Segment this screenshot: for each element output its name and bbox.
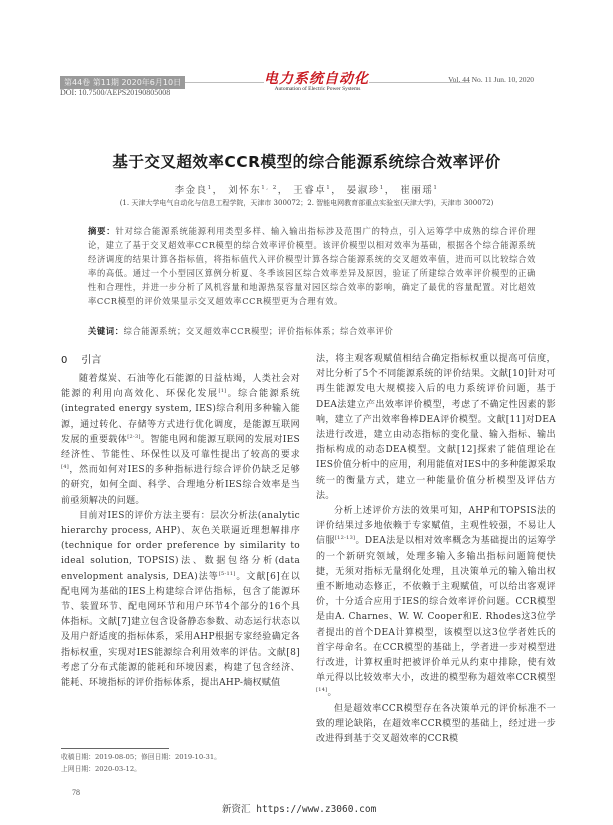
author: 王睿卓	[293, 185, 326, 196]
volume-info: Vol. 44 No. 11 Jun. 10, 2020	[384, 75, 534, 84]
author-affiliation-mark: 1	[208, 185, 213, 191]
paragraph: 随着煤炭、石油等化石能源的日益枯竭，人类社会对能源的利用向高效化、环保化发展[1…	[61, 372, 300, 509]
right-column: 法，将主观客观赋值相结合确定指标权重以提高可信度，对比分析了5个不同能源系统的评…	[316, 352, 556, 747]
doi: DOI: 10.7500/AEPS20190805008	[60, 88, 170, 97]
citation[interactable]: [4]	[61, 464, 69, 470]
author-affiliation-mark: 1	[326, 185, 331, 191]
author: 晏淑珍	[347, 185, 380, 196]
footnote-received: 收稿日期：2019-08-05；修回日期：2019-10-31。	[61, 752, 221, 763]
abstract: 摘要：针对综合能源系统能源利用类型多样、输入输出指标涉及范围广的特点，引入运筹学…	[88, 224, 536, 308]
author-list: 李金良1， 刘怀东1, 2， 王睿卓1， 晏淑珍1， 崔丽瑶1	[0, 182, 613, 196]
page-number: 78	[72, 788, 80, 797]
citation[interactable]: [14]	[316, 687, 327, 693]
author: 崔丽瑶	[400, 185, 433, 196]
keywords: 关键词：综合能源系统；交叉超效率CCR模型；评价指标体系；综合效率评价	[88, 324, 536, 338]
keywords-label: 关键词：	[88, 326, 124, 336]
section-number: 0	[61, 355, 67, 366]
author-affiliation-mark: 1, 2	[261, 185, 278, 191]
abstract-text: 针对综合能源系统能源利用类型多样、输入输出指标涉及范围广的特点，引入运筹学中成熟…	[88, 226, 536, 306]
author: 李金良	[175, 185, 208, 196]
keywords-text: 综合能源系统；交叉超效率CCR模型；评价指标体系；综合效率评价	[124, 326, 394, 336]
paragraph: 分析上述评价方法的效果可知，AHP和TOPSIS法的评价结果过多地依赖于专家赋值…	[316, 504, 556, 702]
journal-logo-en: Automation of Electric Power Systems	[250, 86, 385, 92]
author-affiliation-mark: 1	[433, 185, 438, 191]
affiliations: (1. 天津大学电气自动化与信息工程学院，天津市 300072；2. 智能电网教…	[0, 198, 613, 208]
citation[interactable]: [12-13]	[335, 535, 355, 541]
footnote-rule	[61, 748, 169, 749]
section-heading: 0引言	[61, 351, 115, 366]
author-affiliation-mark: 1	[380, 185, 385, 191]
paragraph: 但是超效率CCR模型存在各决策单元的评价标准不一致的理论缺陷，在超效率CCR模型…	[316, 702, 556, 748]
paragraph: 目前对IES的评价方法主要有：层次分析法(analytic hierarchy …	[61, 509, 300, 691]
paragraph: 法，将主观客观赋值相结合确定指标权重以提高可信度，对比分析了5个不同能源系统的评…	[316, 352, 556, 504]
section-title: 引言	[81, 355, 101, 366]
paper-title: 基于交叉超效率CCR模型的综合能源系统综合效率评价	[0, 150, 613, 172]
watermark: 新资汇 https://www.z3060.com	[222, 801, 376, 815]
abstract-label: 摘要：	[88, 226, 115, 236]
citation[interactable]: [2-3]	[127, 434, 140, 440]
citation[interactable]: [5-11]	[219, 571, 236, 577]
author: 刘怀东	[228, 185, 261, 196]
left-column: 随着煤炭、石油等化石能源的日益枯竭，人类社会对能源的利用向高效化、环保化发展[1…	[61, 372, 300, 691]
journal-logo-cn: 电力系统自动化	[264, 68, 369, 88]
footnote-online: 上网日期：2020-03-12。	[61, 764, 141, 775]
